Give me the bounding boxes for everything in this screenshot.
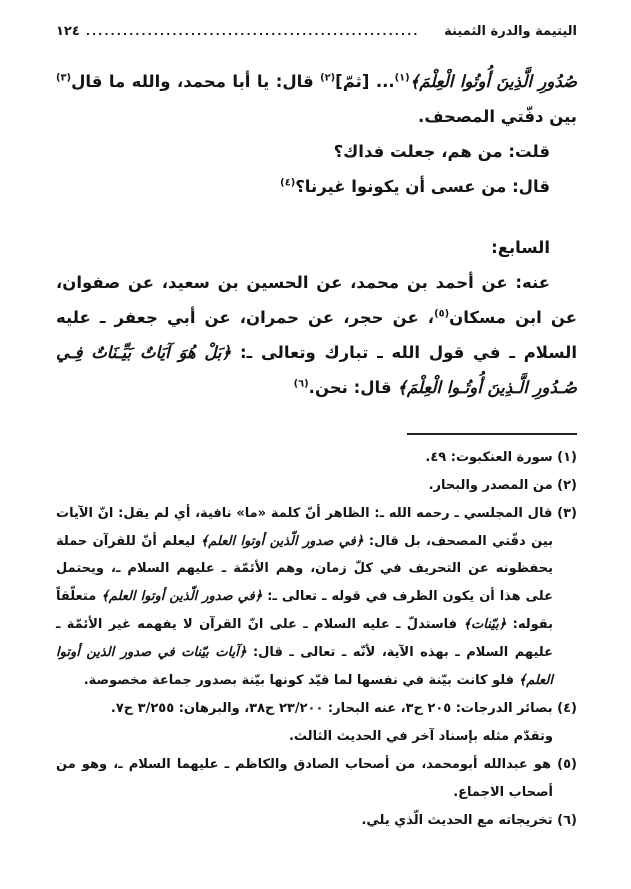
body-paragraph-answer: قال: من عسى أن يكونوا غيرنا؟(٤) bbox=[56, 170, 577, 205]
text-run: (٥) هو عبدالله أبومحمد، من أصحاب الصادق … bbox=[56, 757, 577, 800]
footnote-separator bbox=[407, 433, 577, 435]
text-run: وتقدّم مثله بإسناد آخر في الحديث الثالث. bbox=[289, 729, 553, 744]
text-run: ... [ثمّ] bbox=[335, 72, 394, 91]
text-run: (٦) تخريجاته مع الحديث الّذي يلي. bbox=[361, 813, 577, 828]
footnote-ref: (١) bbox=[395, 73, 410, 84]
footnote-6: (٦) تخريجاته مع الحديث الّذي يلي. bbox=[56, 807, 577, 835]
body-paragraph-question: قلت: من هم، جعلت فداك؟ bbox=[56, 135, 577, 170]
footnote-2: (٢) من المصدر والبحار. bbox=[56, 472, 577, 500]
text-run: قال: يا أبا محمد، والله ما قال bbox=[71, 72, 320, 91]
quran-quote: ﴿في صدور الّذين أوتوا العلم﴾ bbox=[101, 589, 262, 604]
header-dot-leader: ........................................… bbox=[86, 25, 438, 38]
body-paragraph-hadith: عنه: عن أحمد بن محمد، عن الحسين بن سعيد،… bbox=[56, 266, 577, 406]
footnote-4-continuation: وتقدّم مثله بإسناد آخر في الحديث الثالث. bbox=[56, 723, 577, 751]
footnote-ref: (٣) bbox=[56, 73, 71, 84]
quran-quote: ﴿في صدور الّذين أوتوا العلم﴾ bbox=[201, 534, 364, 549]
footnote-1: (١) سورة العنكبوت: ٤٩. bbox=[56, 444, 577, 472]
footnote-ref: (٥) bbox=[434, 308, 449, 319]
quran-quote: ﴿بيّنات﴾ bbox=[463, 617, 506, 632]
text-run: (١) سورة العنكبوت: ٤٩. bbox=[425, 450, 577, 465]
footnote-4: (٤) بصائر الدرجات: ٢٠٥ ح٣، عنه البحار: ٢… bbox=[56, 695, 577, 723]
text-run: بين دفّتي المصحف. bbox=[418, 107, 577, 126]
text-run: قال: نحن. bbox=[309, 378, 398, 397]
footnote-5: (٥) هو عبدالله أبومحمد، من أصحاب الصادق … bbox=[56, 751, 577, 807]
text-run: السابع: bbox=[491, 238, 550, 257]
book-page: اليتيمة والدرة الثمينة .................… bbox=[0, 0, 631, 889]
footnote-3: (٣) قال المجلسي ـ رحمه الله ـ: الظاهر أن… bbox=[56, 500, 577, 696]
footnote-ref: (٤) bbox=[280, 177, 295, 188]
text-run: قلت: من هم، جعلت فداك؟ bbox=[334, 142, 550, 161]
text-run: (٤) بصائر الدرجات: ٢٠٥ ح٣، عنه البحار: ٢… bbox=[111, 701, 577, 716]
page-number: ١٢٤ bbox=[56, 24, 80, 39]
running-header: اليتيمة والدرة الثمينة .................… bbox=[56, 24, 577, 39]
text-run: فلو كانت بيّنة في نفسها لما قيّد كونها ب… bbox=[84, 673, 519, 688]
section-heading-seventh: السابع: bbox=[56, 231, 577, 266]
text-run: قال: من عسى أن يكونوا غيرنا؟ bbox=[295, 177, 550, 196]
footnote-ref: (٢) bbox=[320, 73, 335, 84]
quran-quote: صُدُورِ الَّذِينَ أُوتُوا الْعِلْمَ﴾ bbox=[410, 72, 577, 91]
body-paragraph-continuation: صُدُورِ الَّذِينَ أُوتُوا الْعِلْمَ﴾(١).… bbox=[56, 65, 577, 135]
footnote-ref: (٦) bbox=[294, 378, 309, 389]
main-text: صُدُورِ الَّذِينَ أُوتُوا الْعِلْمَ﴾(١).… bbox=[56, 65, 577, 406]
book-title: اليتيمة والدرة الثمينة bbox=[444, 24, 577, 39]
text-run: (٢) من المصدر والبحار. bbox=[429, 478, 577, 493]
footnotes-section: (١) سورة العنكبوت: ٤٩. (٢) من المصدر وال… bbox=[56, 444, 577, 835]
